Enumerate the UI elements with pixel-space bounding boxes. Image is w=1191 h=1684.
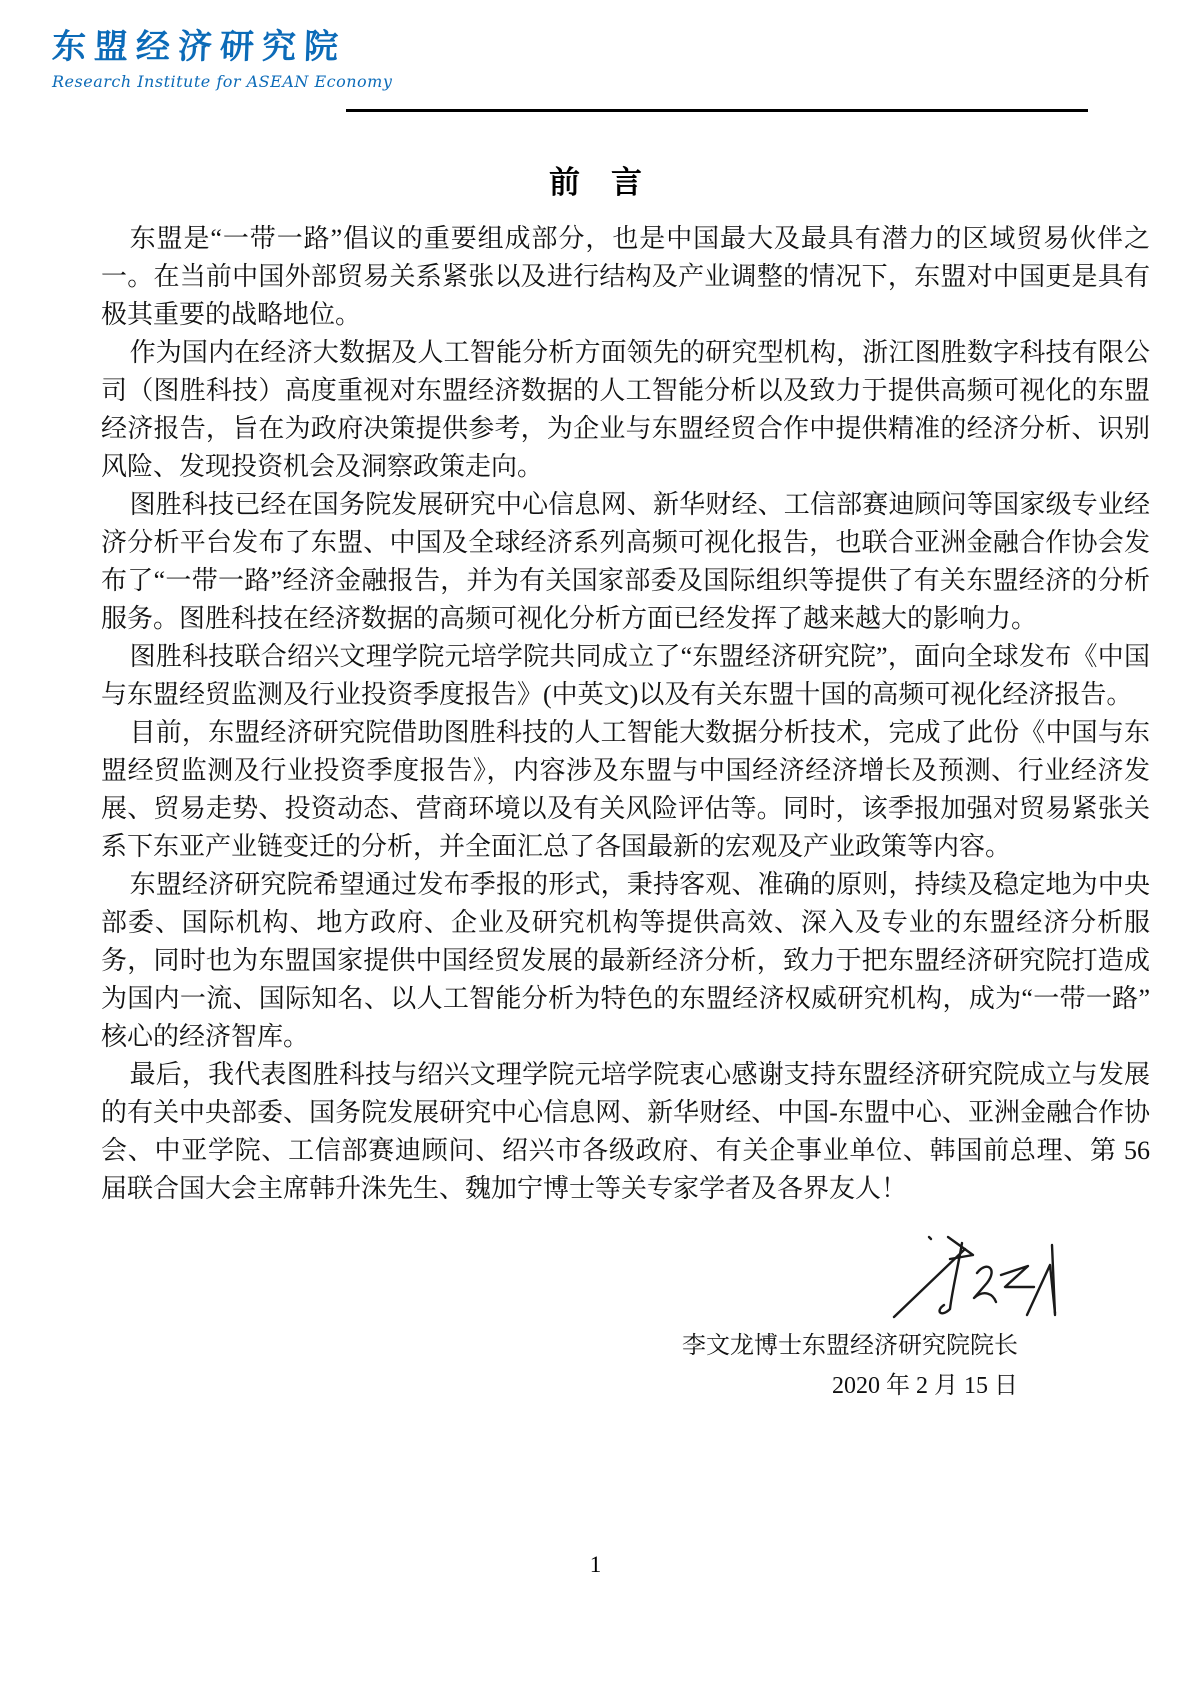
paragraph-1: 东盟是“一带一路”倡议的重要组成部分，也是中国最大及最具有潜力的区域贸易伙伴之一… bbox=[101, 220, 1150, 334]
paragraph-4: 图胜科技联合绍兴文理学院元培学院共同成立了“东盟经济研究院”，面向全球发布《中国… bbox=[101, 638, 1150, 714]
paragraph-2: 作为国内在经济大数据及人工智能分析方面领先的研究型机构，浙江图胜数字科技有限公司… bbox=[101, 334, 1150, 486]
document-page: 东盟经济研究院 Research Institute for ASEAN Eco… bbox=[0, 0, 1191, 1684]
handwritten-signature-icon bbox=[891, 1233, 1066, 1325]
page-number: 1 bbox=[0, 1552, 1191, 1578]
logo-english-text: Research Institute for ASEAN Economy bbox=[52, 73, 392, 91]
paragraph-6: 东盟经济研究院希望通过发布季报的形式，秉持客观、准确的原则，持续及稳定地为中央部… bbox=[101, 866, 1150, 1056]
signature-block: 李文龙博士东盟经济研究院院长 2020 年 2 月 15 日 bbox=[682, 1233, 1018, 1403]
paragraph-7: 最后，我代表图胜科技与绍兴文理学院元培学院衷心感谢支持东盟经济研究院成立与发展的… bbox=[101, 1056, 1150, 1208]
paragraph-5: 目前，东盟经济研究院借助图胜科技的人工智能大数据分析技术，完成了此份《中国与东盟… bbox=[101, 714, 1150, 866]
paragraph-3: 图胜科技已经在国务院发展研究中心信息网、新华财经、工信部赛迪顾问等国家级专业经济… bbox=[101, 486, 1150, 638]
logo: 东盟经济研究院 Research Institute for ASEAN Eco… bbox=[52, 28, 392, 91]
page-title: 前 言 bbox=[0, 166, 1191, 200]
logo-chinese-text: 东盟经济研究院 bbox=[51, 28, 393, 66]
document-body: 东盟是“一带一路”倡议的重要组成部分，也是中国最大及最具有潜力的区域贸易伙伴之一… bbox=[101, 220, 1150, 1208]
signer-name: 李文龙博士东盟经济研究院院长 bbox=[682, 1329, 1018, 1363]
header-divider-line bbox=[346, 109, 1088, 112]
signature-date: 2020 年 2 月 15 日 bbox=[682, 1369, 1018, 1403]
